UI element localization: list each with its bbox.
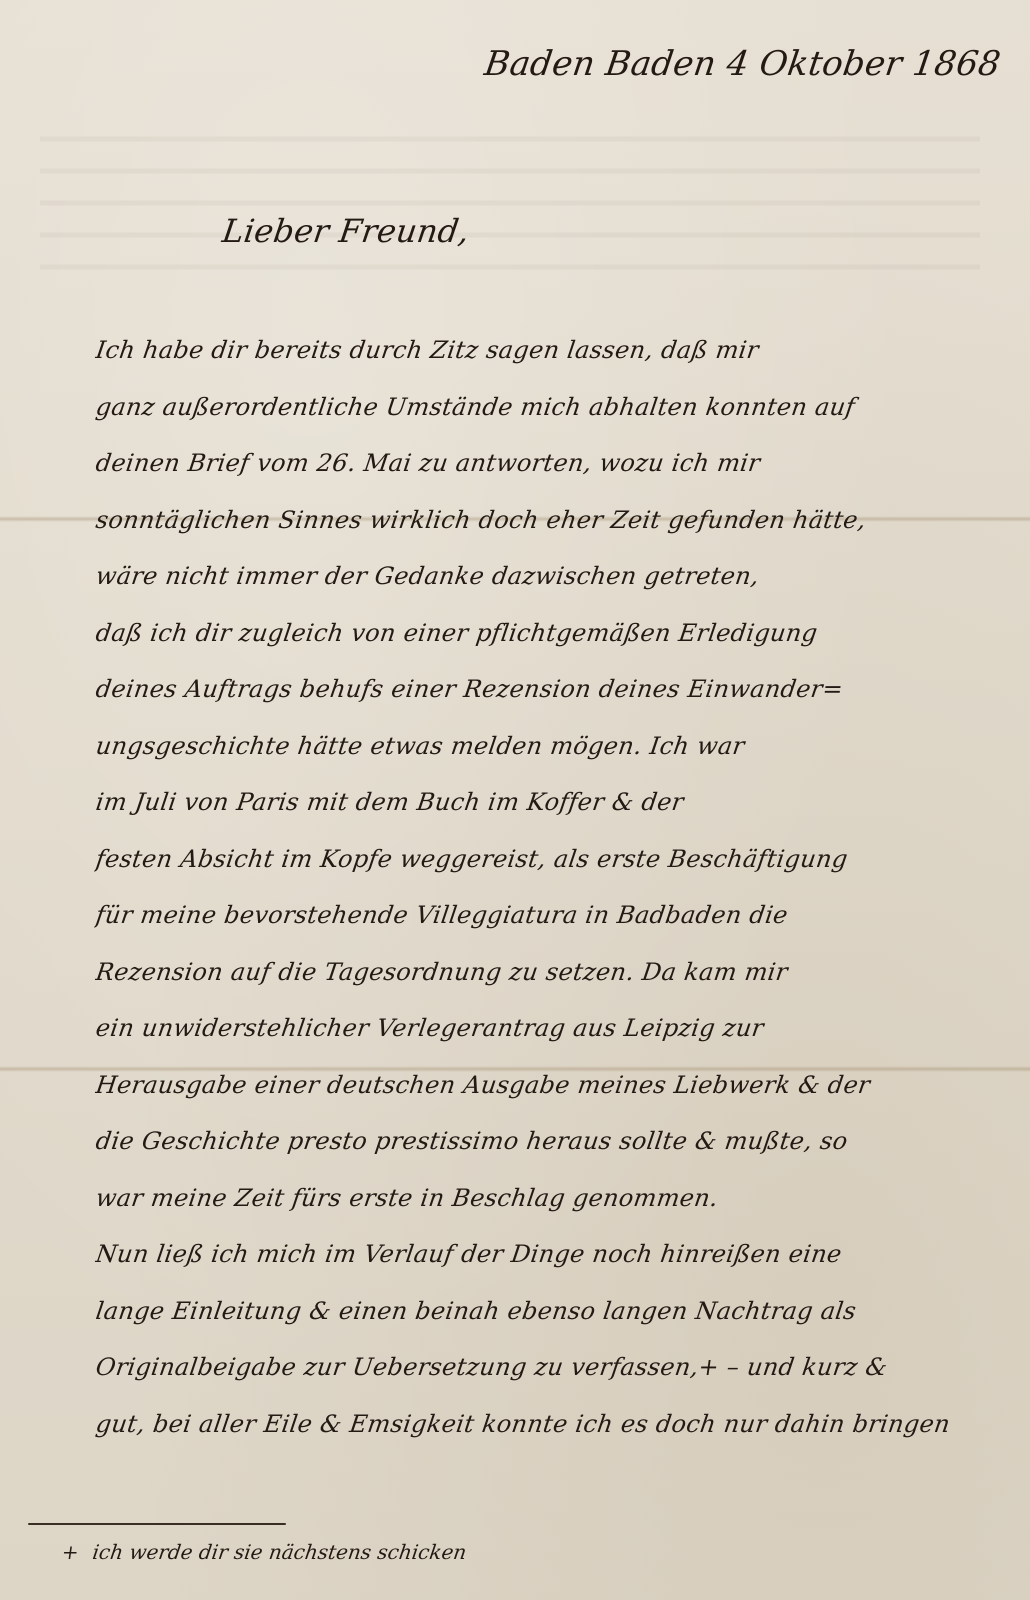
body-line: wäre nicht immer der Gedanke dazwischen …: [92, 548, 1010, 605]
body-line: ganz außerordentliche Umstände mich abha…: [92, 379, 1010, 436]
body-line: festen Absicht im Kopfe weggereist, als …: [92, 831, 1010, 888]
body-line: deines Auftrags behufs einer Rezension d…: [92, 661, 1010, 718]
salutation: Lieber Freund,: [220, 212, 472, 250]
body-line: gut, bei aller Eile & Emsigkeit konnte i…: [92, 1396, 1010, 1453]
body-line: die Geschichte presto prestissimo heraus…: [92, 1113, 1010, 1170]
body-line: Herausgabe einer deutschen Ausgabe meine…: [92, 1057, 1010, 1114]
body-line: ein unwiderstehlicher Verlegerantrag aus…: [92, 1000, 1010, 1057]
place-date-line: Baden Baden 4 Oktober 1868: [482, 44, 1003, 84]
body-line: Rezension auf die Tagesordnung zu setzen…: [92, 944, 1010, 1001]
body-line: für meine bevorstehende Villeggiatura in…: [92, 887, 1010, 944]
letter-body: Ich habe dir bereits durch Zitz sagen la…: [92, 322, 1002, 1452]
body-line: Nun ließ ich mich im Verlauf der Dinge n…: [92, 1226, 1010, 1283]
footnote: +ich werde dir sie nächstens schicken: [60, 1540, 468, 1564]
body-line: daß ich dir zugleich von einer pflichtge…: [92, 605, 1010, 662]
body-line: Originalbeigabe zur Uebersetzung zu verf…: [92, 1339, 1010, 1396]
body-line: war meine Zeit fürs erste in Beschlag ge…: [92, 1170, 1010, 1227]
body-line: im Juli von Paris mit dem Buch im Koffer…: [92, 774, 1010, 831]
body-line: Ich habe dir bereits durch Zitz sagen la…: [92, 322, 1010, 379]
body-line: deinen Brief vom 26. Mai zu antworten, w…: [92, 435, 1010, 492]
show-through-writing: [40, 110, 980, 270]
body-line: sonntäglichen Sinnes wirklich doch eher …: [92, 492, 1010, 549]
body-line: lange Einleitung & einen beinah ebenso l…: [92, 1283, 1010, 1340]
footnote-text: ich werde dir sie nächstens schicken: [91, 1540, 468, 1564]
footnote-divider: [28, 1523, 286, 1525]
footnote-mark: +: [60, 1540, 80, 1564]
body-line: ungsgeschichte hätte etwas melden mögen.…: [92, 718, 1010, 775]
letter-page: Baden Baden 4 Oktober 1868 Lieber Freund…: [0, 0, 1030, 1600]
